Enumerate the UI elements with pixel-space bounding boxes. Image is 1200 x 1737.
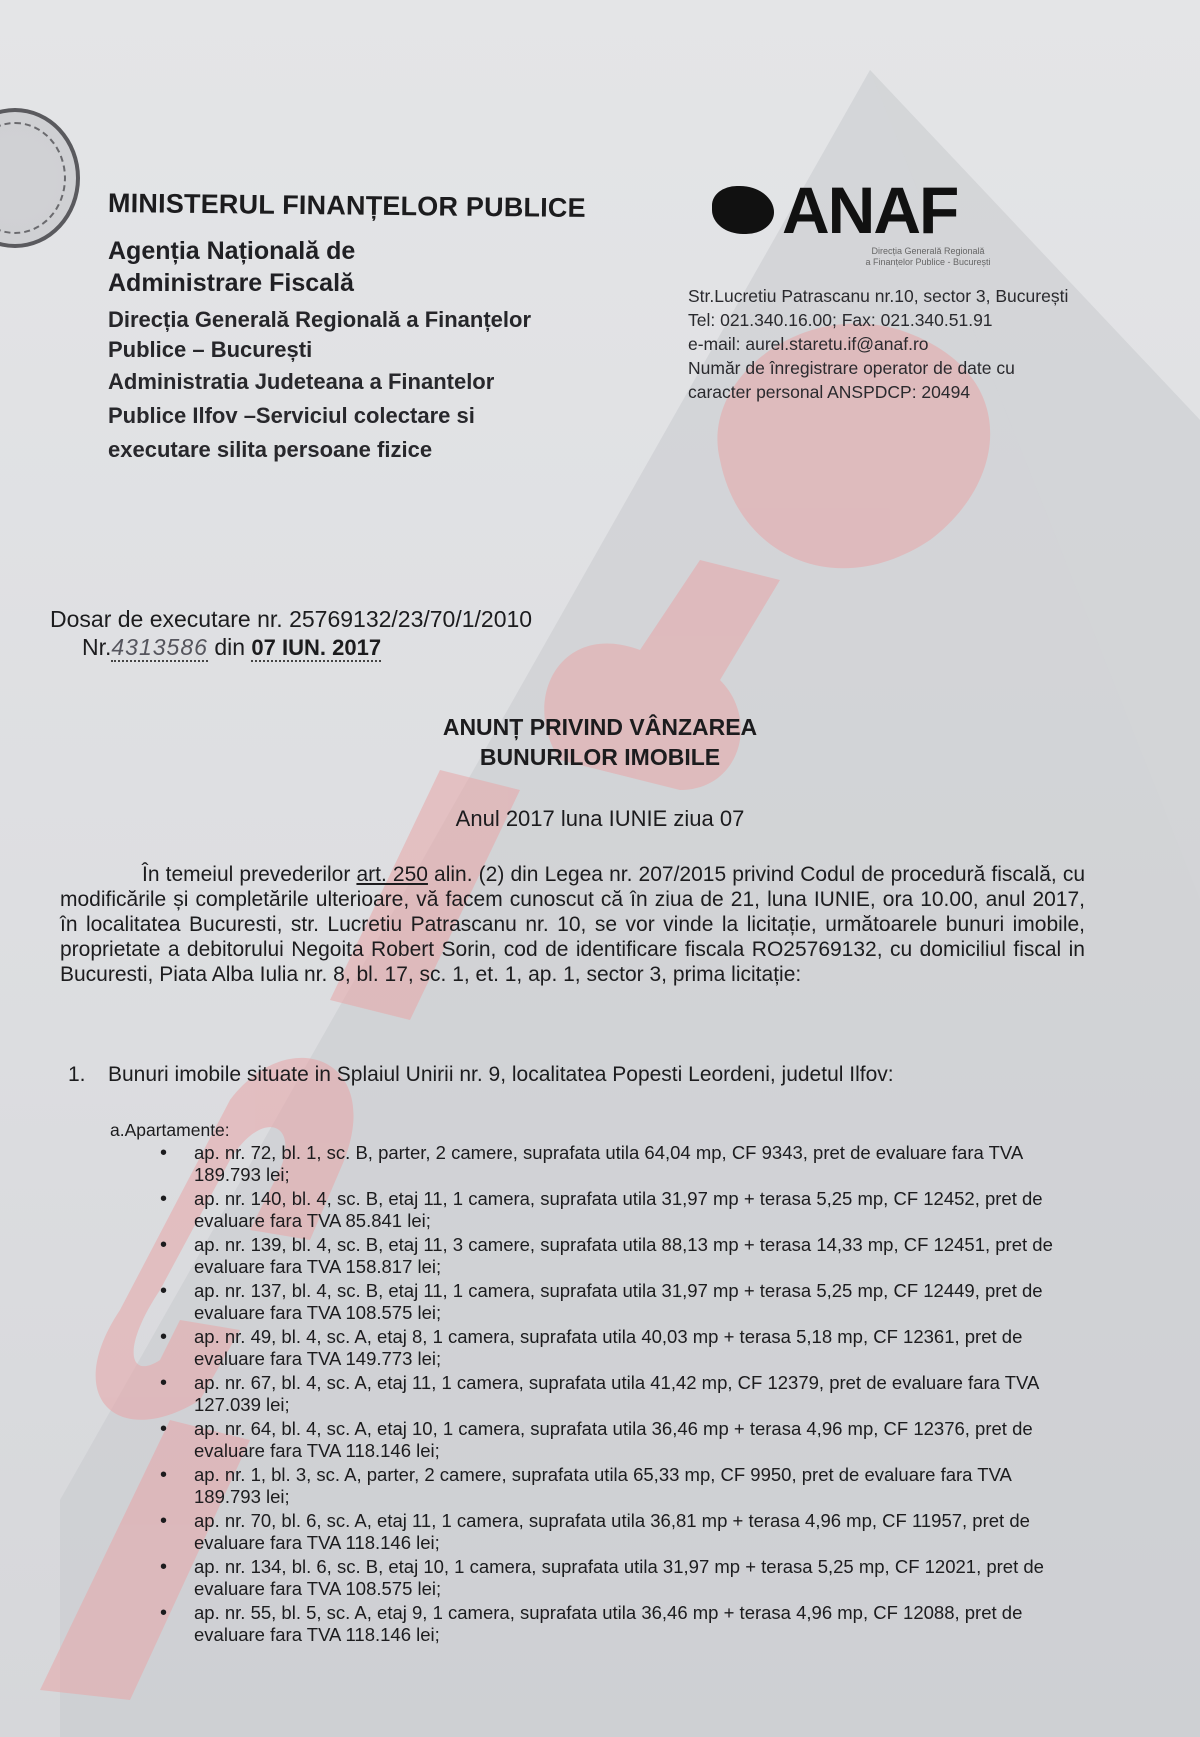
case-file-number: Dosar de executare nr. 25769132/23/70/1/…: [50, 605, 532, 633]
title-line1: ANUNȚ PRIVIND VÂNZAREA: [0, 712, 1200, 742]
stamp-date: 07 IUN. 2017: [251, 635, 381, 662]
anaf-subtitle: Direcția Generală Regională a Finanțelor…: [808, 246, 1048, 268]
address: Str.Lucretiu Patrascanu nr.10, sector 3,…: [688, 284, 1188, 308]
apartment-list: ap. nr. 72, bl. 1, sc. B, parter, 2 came…: [160, 1142, 1080, 1648]
list-item: ap. nr. 55, bl. 5, sc. A, etaj 9, 1 came…: [160, 1602, 1080, 1646]
administration-line1: Administratia Judeteana a Finantelor: [108, 365, 668, 399]
handwritten-number: 4313586: [111, 634, 208, 662]
anaf-subtitle-line2: a Finanțelor Publice - București: [808, 257, 1048, 268]
nr-label: Nr.: [82, 634, 111, 660]
section-number: 1.: [68, 1063, 108, 1087]
list-item: ap. nr. 67, bl. 4, sc. A, etaj 11, 1 cam…: [160, 1372, 1080, 1416]
section-text: Bunuri imobile situate in Splaiul Unirii…: [108, 1063, 894, 1086]
phone-fax: Tel: 021.340.16.00; Fax: 021.340.51.91: [688, 308, 1188, 332]
case-reference: Dosar de executare nr. 25769132/23/70/1/…: [50, 605, 532, 662]
list-item: ap. nr. 64, bl. 4, sc. A, etaj 10, 1 cam…: [160, 1418, 1080, 1462]
email: e-mail: aurel.staretu.if@anaf.ro: [688, 332, 1188, 356]
list-item: ap. nr. 139, bl. 4, sc. B, etaj 11, 3 ca…: [160, 1234, 1080, 1278]
din-label: din: [214, 634, 245, 660]
registration-number-line: Nr.4313586 din 07 IUN. 2017: [82, 633, 532, 662]
law-article-link[interactable]: art. 250: [356, 863, 428, 886]
date-line: Anul 2017 luna IUNIE ziua 07: [0, 806, 1200, 832]
subsection-apartments-label: a.Apartamente:: [110, 1120, 230, 1141]
registration-line2: caracter personal ANSPDCP: 20494: [688, 380, 1188, 404]
agency-name-line2: Administrare Fiscală: [108, 267, 668, 299]
document-title: ANUNȚ PRIVIND VÂNZAREA BUNURILOR IMOBILE: [0, 712, 1200, 772]
intro-paragraph: În temeiul prevederilor art. 250 alin. (…: [60, 862, 1085, 987]
list-item: ap. nr. 70, bl. 6, sc. A, etaj 11, 1 cam…: [160, 1510, 1080, 1554]
anaf-header: ANAF Direcția Generală Regională a Finan…: [688, 180, 1188, 404]
department-line1: Direcția Generală Regională a Finanțelor: [108, 305, 668, 335]
registration-line1: Număr de înregistrare operator de date c…: [688, 356, 1188, 380]
anaf-logo-text: ANAF: [782, 180, 957, 240]
administration-line2: Publice Ilfov –Serviciul colectare si: [108, 399, 668, 433]
ministry-name: MINISTERUL FINANȚELOR PUBLICE: [108, 188, 668, 225]
list-item: ap. nr. 1, bl. 3, sc. A, parter, 2 camer…: [160, 1464, 1080, 1508]
ministry-header: MINISTERUL FINANȚELOR PUBLICE Agenția Na…: [108, 188, 668, 467]
list-item: ap. nr. 137, bl. 4, sc. B, etaj 11, 1 ca…: [160, 1280, 1080, 1324]
romania-map-icon: [712, 186, 774, 234]
anaf-logo: ANAF: [712, 180, 1188, 240]
list-item: ap. nr. 134, bl. 6, sc. B, etaj 10, 1 ca…: [160, 1556, 1080, 1600]
agency-name-line1: Agenția Națională de: [108, 235, 668, 267]
section-1-heading: 1.Bunuri imobile situate in Splaiul Unir…: [68, 1063, 894, 1087]
list-item: ap. nr. 49, bl. 4, sc. A, etaj 8, 1 came…: [160, 1326, 1080, 1370]
contact-block: Str.Lucretiu Patrascanu nr.10, sector 3,…: [688, 284, 1188, 404]
intro-text-start: În temeiul prevederilor: [142, 863, 356, 886]
administration-line3: executare silita persoane fizice: [108, 433, 668, 467]
department-line2: Publice – București: [108, 335, 668, 365]
anaf-subtitle-line1: Direcția Generală Regională: [808, 246, 1048, 257]
title-line2: BUNURILOR IMOBILE: [0, 742, 1200, 772]
list-item: ap. nr. 72, bl. 1, sc. B, parter, 2 came…: [160, 1142, 1080, 1186]
list-item: ap. nr. 140, bl. 4, sc. B, etaj 11, 1 ca…: [160, 1188, 1080, 1232]
